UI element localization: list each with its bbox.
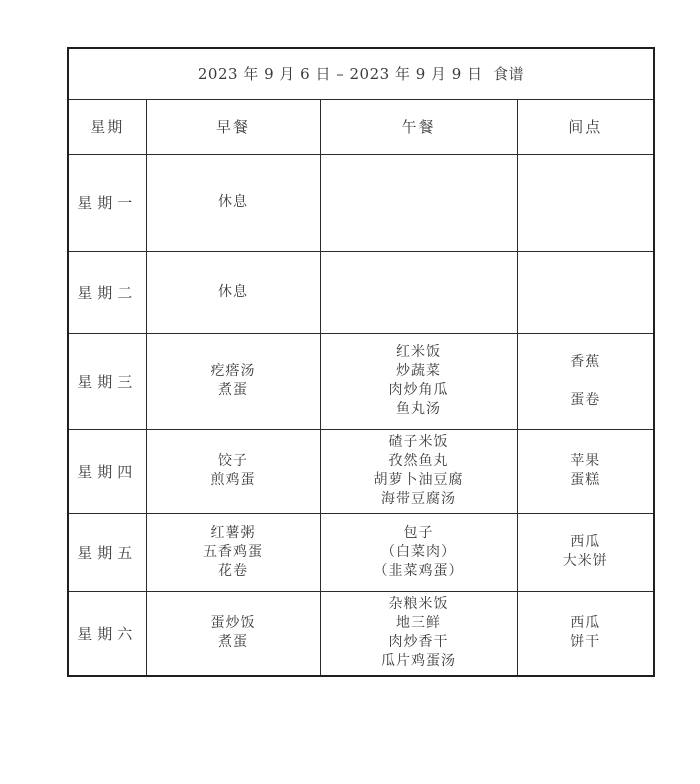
document-page: 2023 年 9 月 6 日 – 2023 年 9 月 9 日 食谱 星期 早餐…: [0, 0, 700, 784]
snack-cell-wednesday: 香蕉 蛋卷: [517, 333, 654, 429]
day-label-tuesday: 星期二: [68, 251, 146, 333]
table-row-wednesday: 星期三 疙瘩汤 煮蛋 红米饭 炒蔬菜 肉炒角瓜 鱼丸汤 香蕉 蛋卷: [68, 333, 654, 429]
snack-cell-tuesday: [517, 251, 654, 333]
table-row-tuesday: 星期二 休息: [68, 251, 654, 333]
snack-cell-saturday: 西瓜 饼干: [517, 591, 654, 676]
menu-table: 2023 年 9 月 6 日 – 2023 年 9 月 9 日 食谱 星期 早餐…: [67, 47, 655, 677]
table-row-saturday: 星期六 蛋炒饭 煮蛋 杂粮米饭 地三鲜 肉炒香干 瓜片鸡蛋汤 西瓜 饼干: [68, 591, 654, 676]
lunch-cell-saturday: 杂粮米饭 地三鲜 肉炒香干 瓜片鸡蛋汤: [320, 591, 517, 676]
day-label-friday: 星期五: [68, 513, 146, 591]
table-row-friday: 星期五 红薯粥 五香鸡蛋 花卷 包子 （白菜肉） （韭菜鸡蛋） 西瓜 大米饼: [68, 513, 654, 591]
lunch-cell-friday: 包子 （白菜肉） （韭菜鸡蛋）: [320, 513, 517, 591]
table-title: 2023 年 9 月 6 日 – 2023 年 9 月 9 日 食谱: [68, 48, 654, 99]
breakfast-cell-saturday: 蛋炒饭 煮蛋: [146, 591, 320, 676]
breakfast-cell-monday: 休息: [146, 154, 320, 251]
header-row: 星期 早餐 午餐 间点: [68, 99, 654, 154]
lunch-cell-tuesday: [320, 251, 517, 333]
day-label-thursday: 星期四: [68, 429, 146, 513]
table-row-thursday: 星期四 饺子 煎鸡蛋 碴子米饭 孜然鱼丸 胡萝卜油豆腐 海带豆腐汤 苹果 蛋糕: [68, 429, 654, 513]
title-row: 2023 年 9 月 6 日 – 2023 年 9 月 9 日 食谱: [68, 48, 654, 99]
table-row-monday: 星期一 休息: [68, 154, 654, 251]
day-label-wednesday: 星期三: [68, 333, 146, 429]
breakfast-cell-friday: 红薯粥 五香鸡蛋 花卷: [146, 513, 320, 591]
column-header-breakfast: 早餐: [146, 99, 320, 154]
breakfast-cell-tuesday: 休息: [146, 251, 320, 333]
column-header-snack: 间点: [517, 99, 654, 154]
day-label-saturday: 星期六: [68, 591, 146, 676]
snack-cell-monday: [517, 154, 654, 251]
snack-cell-thursday: 苹果 蛋糕: [517, 429, 654, 513]
lunch-cell-thursday: 碴子米饭 孜然鱼丸 胡萝卜油豆腐 海带豆腐汤: [320, 429, 517, 513]
column-header-day: 星期: [68, 99, 146, 154]
lunch-cell-wednesday: 红米饭 炒蔬菜 肉炒角瓜 鱼丸汤: [320, 333, 517, 429]
lunch-cell-monday: [320, 154, 517, 251]
column-header-lunch: 午餐: [320, 99, 517, 154]
breakfast-cell-thursday: 饺子 煎鸡蛋: [146, 429, 320, 513]
breakfast-cell-wednesday: 疙瘩汤 煮蛋: [146, 333, 320, 429]
day-label-monday: 星期一: [68, 154, 146, 251]
snack-cell-friday: 西瓜 大米饼: [517, 513, 654, 591]
